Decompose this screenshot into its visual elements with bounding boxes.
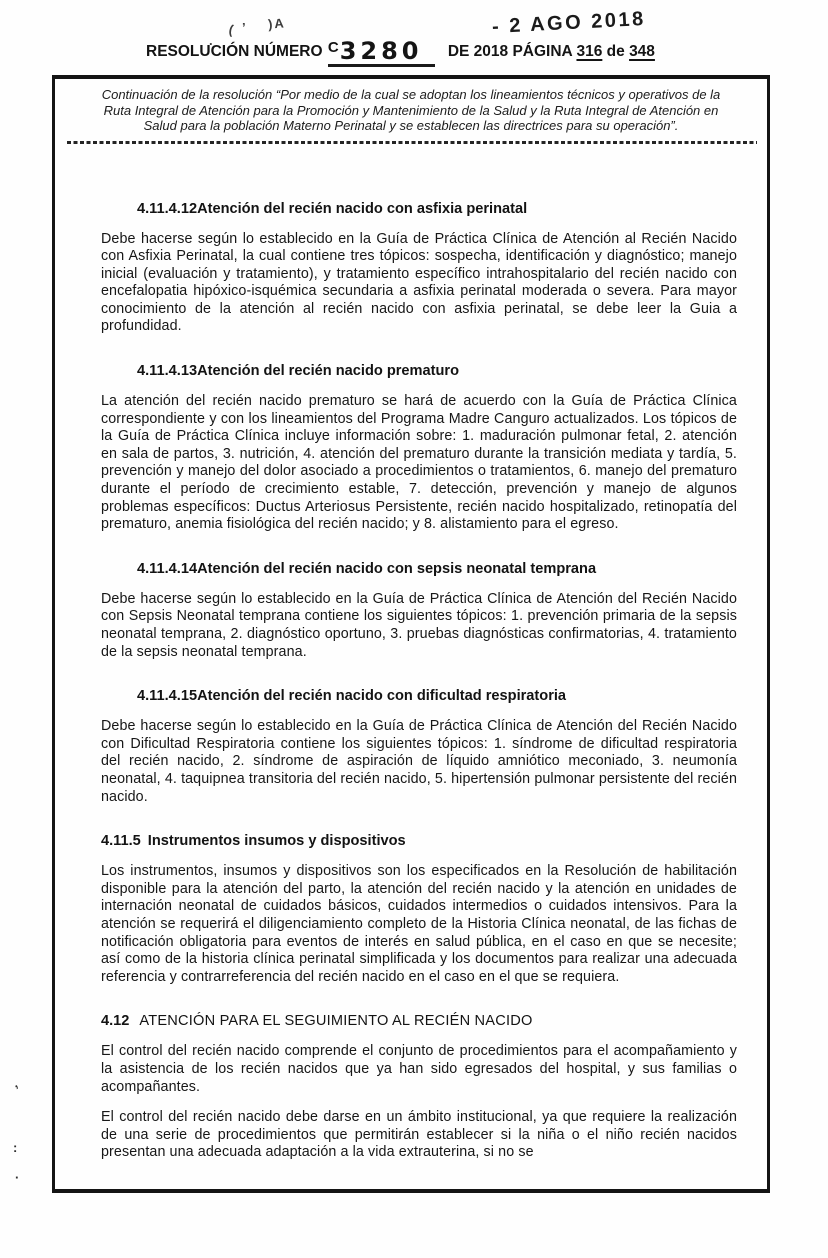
- section-number: 4.11.4.12: [137, 201, 197, 217]
- section-dificultad-respiratoria: 4.11.4.15Atención del recién nacido con …: [101, 687, 737, 806]
- section-title: Instrumentos insumos y dispositivos: [148, 833, 406, 849]
- section-title: Atención del recién nacido con asfixia p…: [197, 201, 527, 217]
- section-title: ATENCIÓN PARA EL SEGUIMIENTO AL RECIÉN N…: [139, 1013, 532, 1029]
- document-body: 4.11.4.12Atención del recién nacido con …: [55, 144, 767, 1162]
- stamp-artifact: ’: [242, 20, 246, 35]
- page-number-current: 316: [576, 43, 602, 60]
- resolution-title-line: RESOLUCIÓN NÚMERO C3280 DE 2018 PÁGINA 3…: [146, 36, 655, 64]
- resolution-number-stamp: C3280: [328, 39, 435, 67]
- content-box: Continuación de la resolución “Por medio…: [52, 75, 770, 1193]
- section-heading: 4.12ATENCIÓN PARA EL SEGUIMIENTO AL RECI…: [101, 1012, 737, 1030]
- resolution-number-digits: 3280: [340, 37, 423, 65]
- scan-margin-mark: ’: [13, 1082, 23, 1097]
- section-number: 4.12: [101, 1013, 129, 1029]
- section-paragraph: Debe hacerse según lo establecido en la …: [101, 231, 737, 337]
- section-title: Atención del recién nacido prematuro: [197, 363, 459, 379]
- section-heading: 4.11.4.13Atención del recién nacido prem…: [137, 362, 737, 380]
- section-paragraph: El control del recién nacido comprende e…: [101, 1043, 737, 1096]
- page-number-connector: de: [607, 43, 625, 60]
- section-paragraph: Debe hacerse según lo establecido en la …: [101, 591, 737, 661]
- section-heading: 4.11.4.14Atención del recién nacido con …: [137, 560, 737, 578]
- resolution-number-prefix: C: [328, 39, 340, 56]
- section-instrumentos-insumos: 4.11.5Instrumentos insumos y dispositivo…: [101, 832, 737, 986]
- section-sepsis-neonatal: 4.11.4.14Atención del recién nacido con …: [101, 560, 737, 661]
- section-heading: 4.11.4.15Atención del recién nacido con …: [137, 687, 737, 705]
- section-title: Atención del recién nacido con dificulta…: [197, 688, 566, 704]
- section-number: 4.11.4.13: [137, 363, 197, 379]
- section-prematuro: 4.11.4.13Atención del recién nacido prem…: [101, 362, 737, 534]
- resolution-title-middle: DE 2018 PÁGINA: [448, 43, 572, 60]
- section-title: Atención del recién nacido con sepsis ne…: [197, 561, 596, 577]
- section-number: 4.11.4.14: [137, 561, 197, 577]
- section-paragraph: Debe hacerse según lo establecido en la …: [101, 718, 737, 806]
- date-stamp: - 2 AGO 2018: [492, 8, 647, 39]
- section-heading: 4.11.5Instrumentos insumos y dispositivo…: [101, 832, 737, 850]
- section-paragraph: La atención del recién nacido prematuro …: [101, 393, 737, 534]
- section-asfixia-perinatal: 4.11.4.12Atención del recién nacido con …: [101, 200, 737, 337]
- stamp-artifact: (: [228, 22, 235, 38]
- scan-margin-mark: ·: [15, 1170, 19, 1185]
- section-number: 4.11.4.15: [137, 688, 197, 704]
- section-paragraph: Los instrumentos, insumos y dispositivos…: [101, 863, 737, 986]
- section-number: 4.11.5: [101, 833, 141, 849]
- resolution-title-prefix: RESOLUCIÓN NÚMERO: [146, 43, 323, 60]
- section-seguimiento-recien-nacido: 4.12ATENCIÓN PARA EL SEGUIMIENTO AL RECI…: [101, 1012, 737, 1162]
- page-number-total: 348: [629, 43, 655, 60]
- stamp-artifact: )A: [267, 15, 286, 31]
- scan-margin-mark: :: [13, 1140, 17, 1155]
- section-paragraph: El control del recién nacido debe darse …: [101, 1109, 737, 1162]
- document-page: - 2 AGO 2018 . ( ’ )A RESOLUCIÓN NÚMERO …: [0, 0, 828, 1258]
- continuation-notice: Continuación de la resolución “Por medio…: [88, 87, 734, 134]
- section-heading: 4.11.4.12Atención del recién nacido con …: [137, 200, 737, 218]
